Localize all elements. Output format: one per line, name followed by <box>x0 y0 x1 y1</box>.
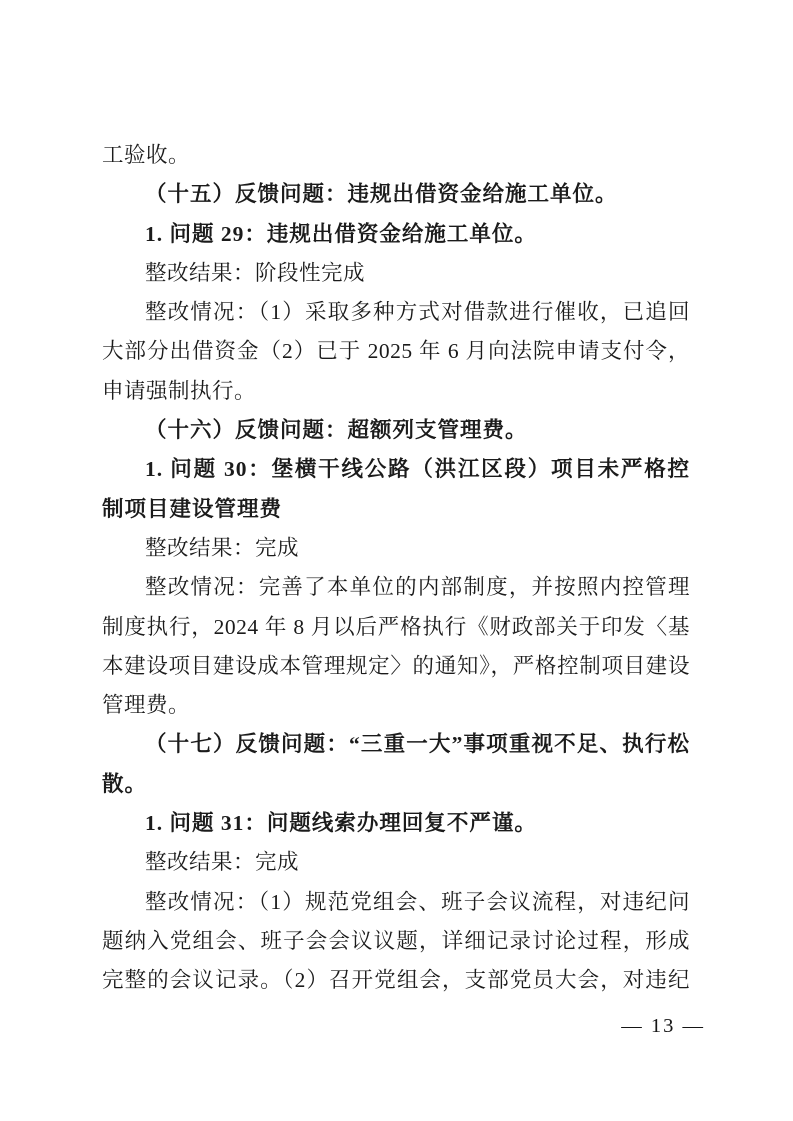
text-line: 题纳入党组会、班子会会议议题，详细记录讨论过程，形成 <box>102 922 690 961</box>
document-body: 工验收。（十五）反馈问题：违规出借资金给施工单位。1. 问题 29：违规出借资金… <box>102 136 690 1001</box>
text-line: 整改结果：阶段性完成 <box>102 254 690 293</box>
text-line: 完整的会议记录。（2）召开党组会，支部党员大会，对违纪 <box>102 961 690 1000</box>
heading-line: 1. 问题 29：违规出借资金给施工单位。 <box>102 215 690 254</box>
text-line: 工验收。 <box>102 136 690 175</box>
text-line: 整改情况：完善了本单位的内部制度，并按照内控管理 <box>102 568 690 607</box>
heading-line: 制项目建设管理费 <box>102 490 690 529</box>
text-line: 整改情况：（1）规范党组会、班子会议流程，对违纪问 <box>102 883 690 922</box>
text-line: 大部分出借资金（2）已于 2025 年 6 月向法院申请支付令， <box>102 332 690 371</box>
heading-line: （十六）反馈问题：超额列支管理费。 <box>102 411 690 450</box>
text-line: 整改结果：完成 <box>102 529 690 568</box>
text-line: 整改情况：（1）采取多种方式对借款进行催收，已追回 <box>102 293 690 332</box>
text-line: 本建设项目建设成本管理规定〉的通知》，严格控制项目建设 <box>102 647 690 686</box>
text-line: 整改结果：完成 <box>102 843 690 882</box>
page-footer: — 13 — <box>621 1012 705 1040</box>
document-page: 工验收。（十五）反馈问题：违规出借资金给施工单位。1. 问题 29：违规出借资金… <box>0 0 793 1121</box>
heading-line: 散。 <box>102 765 690 804</box>
heading-line: 1. 问题 30：堡横干线公路（洪江区段）项目未严格控 <box>102 450 690 489</box>
text-line: 申请强制执行。 <box>102 372 690 411</box>
text-line: 制度执行，2024 年 8 月以后严格执行《财政部关于印发〈基 <box>102 608 690 647</box>
heading-line: 1. 问题 31：问题线索办理回复不严谨。 <box>102 804 690 843</box>
text-line: 管理费。 <box>102 686 690 725</box>
page-number: — 13 — <box>621 1015 705 1037</box>
heading-line: （十七）反馈问题：“三重一大”事项重视不足、执行松 <box>102 725 690 764</box>
heading-line: （十五）反馈问题：违规出借资金给施工单位。 <box>102 175 690 214</box>
